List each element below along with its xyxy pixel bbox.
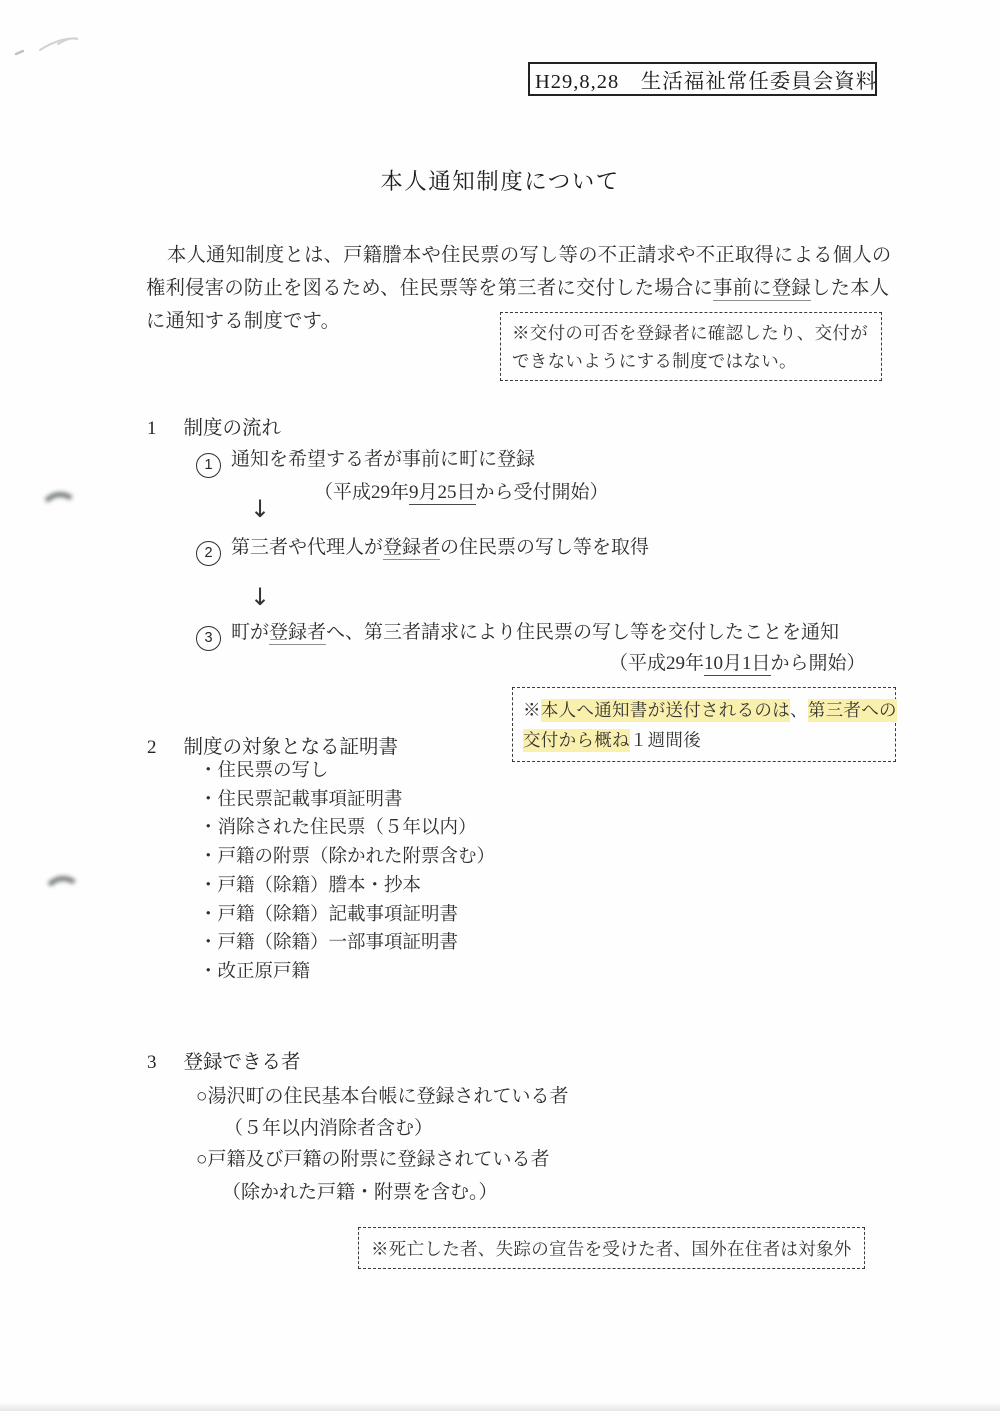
flow-step-2: 2第三者や代理人が登録者の住民票の写し等を取得 [196, 532, 649, 566]
certificate-list: ・住民票の写し ・住民票記載事項証明書 ・消除された住民票（５年以内） ・戸籍の… [199, 757, 495, 987]
flow-step-1: 1通知を希望する者が事前に町に登録 [196, 444, 535, 478]
flow-step-3-underlined: 登録者 [269, 622, 326, 645]
header-box: H29,8,28 生活福祉常任委員会資料 [528, 62, 877, 96]
flow-step-3-text-a: 町が [231, 622, 269, 643]
section-2-heading: 2制度の対象となる証明書 [147, 731, 398, 759]
list-item: ・戸籍（除籍）一部事項証明書 [199, 929, 495, 958]
circled-2-icon: 2 [196, 541, 221, 566]
list-item: ・住民票記載事項証明書 [199, 786, 495, 815]
note2-comma: 、 [790, 700, 808, 720]
flow-step-3-date: （平成29年10月1日から開始） [609, 648, 866, 675]
intro-underlined-term: 事前に登録 [713, 278, 811, 301]
note2-line-1: ※本人へ通知書が送付されるのは、第三者への [523, 696, 885, 726]
header-label: H29,8,28 生活福祉常任委員会資料 [535, 64, 877, 94]
flow-step-3: 3町が登録者へ、第三者請求により住民票の写し等を交付したことを通知 [196, 617, 839, 651]
note2-highlight-3: 交付から概ね [523, 729, 630, 752]
section-3-heading: 3登録できる者 [147, 1046, 301, 1074]
scanned-document-page: H29,8,28 生活福祉常任委員会資料 本人通知制度について 本人通知制度とは… [0, 0, 1000, 1411]
hole-punch-mark-bottom [41, 874, 85, 916]
note2-mark: ※ [523, 700, 541, 720]
list-item: ・戸籍（除籍）記載事項証明書 [199, 901, 495, 930]
flow-step-1-date: （平成29年9月25日から受付開始） [314, 477, 609, 504]
section-1-number: 1 [147, 418, 157, 440]
intro-line-2-text: 権利侵害の防止を図るため、住民票等を第三者に交付した場合に [146, 278, 713, 299]
note-box-exclusions: ※死亡した者、失踪の宣告を受けた者、国外在住者は対象外 [358, 1227, 865, 1269]
flow-step-2-underlined: 登録者 [383, 537, 440, 560]
section-1-heading: 1制度の流れ [147, 412, 281, 440]
section-3-number: 3 [147, 1052, 157, 1074]
flow-step-3-text-b: へ、第三者請求により住民票の写し等を交付したことを通知 [326, 622, 839, 643]
list-item: ・戸籍（除籍）謄本・抄本 [199, 872, 495, 901]
section-1-title: 制度の流れ [184, 418, 282, 439]
intro-line-2-tail: した本人 [811, 278, 889, 299]
registrant-item-2: ○戸籍及び戸籍の附票に登録されている者 [196, 1144, 549, 1171]
registrant-item-1-sub: （５年以内消除者含む） [224, 1113, 433, 1140]
note1-line-2: できないようにする制度ではない。 [512, 348, 870, 376]
note2-line-2: 交付から概ね１週間後 [523, 726, 885, 756]
section-2-number: 2 [147, 737, 157, 759]
list-item: ・住民票の写し [199, 757, 495, 786]
page-title: 本人通知制度について [0, 164, 1000, 196]
date-1-pre: （平成29年 [314, 482, 409, 503]
date-1-underlined: 9月25日 [409, 482, 476, 505]
note1-line-1: ※交付の可否を登録者に確認したり、交付が [512, 320, 870, 348]
flow-step-2-text-a: 第三者や代理人が [231, 537, 383, 558]
flow-step-2-text-b: の住民票の写し等を取得 [440, 537, 649, 558]
registrant-item-1: ○湯沢町の住民基本台帳に登録されている者 [196, 1081, 568, 1108]
registrant-item-2-sub: （除かれた戸籍・附票を含む。） [222, 1177, 498, 1204]
circled-3-icon: 3 [196, 626, 221, 651]
down-arrow-icon-1: ↓ [250, 495, 270, 523]
section-2-title: 制度の対象となる証明書 [184, 737, 399, 758]
down-arrow-icon-2: ↓ [250, 583, 270, 611]
note2-highlight-2: 第三者への [808, 699, 897, 722]
date-1-post: から受付開始） [476, 482, 609, 503]
flow-step-1-text: 通知を希望する者が事前に町に登録 [231, 449, 535, 470]
list-item: ・改正原戸籍 [199, 958, 495, 987]
list-item: ・消除された住民票（５年以内） [199, 814, 495, 843]
note2-highlight-1: 本人へ通知書が送付されるのは [541, 699, 790, 722]
date-3-pre: （平成29年 [609, 653, 704, 674]
note-box-definition: ※交付の可否を登録者に確認したり、交付が できないようにする制度ではない。 [500, 312, 882, 381]
section-3-title: 登録できる者 [184, 1052, 301, 1073]
circled-1-icon: 1 [196, 453, 221, 478]
scan-edge-shadow [0, 1402, 1000, 1411]
hole-punch-mark-top [38, 490, 82, 532]
note-box-notification-timing: ※本人へ通知書が送付されるのは、第三者への 交付から概ね１週間後 [512, 687, 896, 762]
note2-line-2-rest: １週間後 [630, 730, 701, 750]
note3-text: ※死亡した者、失踪の宣告を受けた者、国外在住者は対象外 [371, 1236, 852, 1261]
list-item: ・戸籍の附票（除かれた附票含む） [199, 843, 495, 872]
intro-line-2: 権利侵害の防止を図るため、住民票等を第三者に交付した場合に事前に登録した本人 [146, 272, 866, 305]
pen-scribble-mark [6, 28, 106, 64]
date-3-post: から開始） [771, 653, 866, 674]
intro-line-1: 本人通知制度とは、戸籍謄本や住民票の写し等の不正請求や不正取得による個人の [146, 239, 866, 272]
date-3-underlined: 10月1日 [704, 653, 771, 676]
